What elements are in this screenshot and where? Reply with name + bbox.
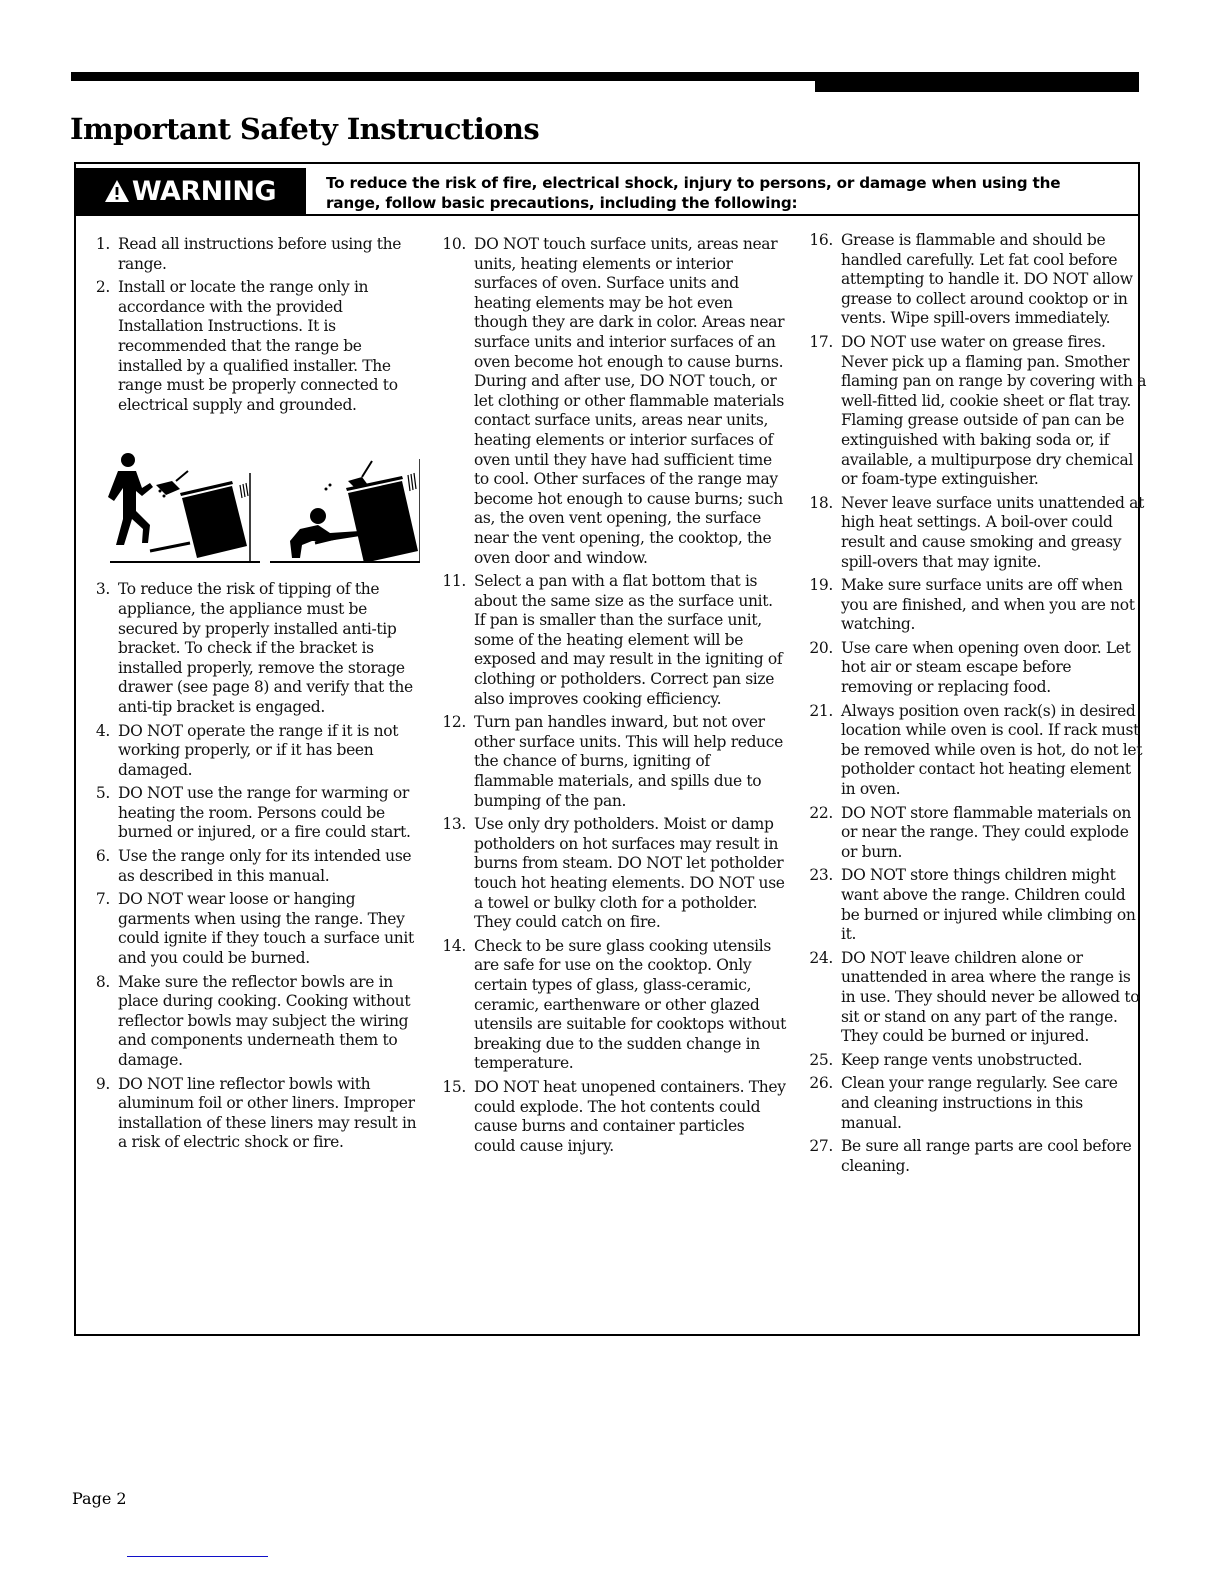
instruction-list-1b: 3.To reduce the risk of tipping of the a… <box>90 580 420 1153</box>
instruction-item: 5.DO NOT use the range for warming or he… <box>90 784 420 843</box>
instruction-number: 19. <box>807 576 841 635</box>
instruction-text: Use only dry potholders. Moist or damp p… <box>474 815 787 933</box>
instruction-text: Use care when opening oven door. Let hot… <box>841 639 1147 698</box>
instruction-number: 11. <box>442 572 474 709</box>
instruction-number: 18. <box>807 494 841 572</box>
instruction-text: DO NOT leave children alone or unattende… <box>841 949 1147 1047</box>
instruction-text: DO NOT use the range for warming or heat… <box>118 784 420 843</box>
instruction-item: 25.Keep range vents unobstructed. <box>807 1051 1147 1071</box>
instruction-text: Be sure all range parts are cool before … <box>841 1137 1147 1176</box>
instruction-item: 1.Read all instructions before using the… <box>90 235 420 274</box>
instruction-text: Make sure surface units are off when you… <box>841 576 1147 635</box>
instruction-number: 5. <box>90 784 118 843</box>
page-title: Important Safety Instructions <box>70 112 539 146</box>
warning-text: To reduce the risk of fire, electrical s… <box>326 173 1106 213</box>
instruction-item: 17.DO NOT use water on grease fires. Nev… <box>807 333 1147 490</box>
warning-header: WARNING To reduce the risk of fire, elec… <box>76 164 1138 216</box>
instruction-item: 16.Grease is flammable and should be han… <box>807 231 1147 329</box>
instruction-text: DO NOT store things children might want … <box>841 866 1147 944</box>
instruction-text: DO NOT touch surface units, areas near u… <box>474 235 787 568</box>
instruction-number: 7. <box>90 890 118 968</box>
instruction-text: Install or locate the range only in acco… <box>118 278 420 415</box>
instruction-item: 19.Make sure surface units are off when … <box>807 576 1147 635</box>
instruction-item: 26.Clean your range regularly. See care … <box>807 1074 1147 1133</box>
instruction-text: DO NOT heat unopened containers. They co… <box>474 1078 787 1156</box>
instruction-number: 15. <box>442 1078 474 1156</box>
instruction-text: Clean your range regularly. See care and… <box>841 1074 1147 1133</box>
instruction-number: 22. <box>807 804 841 863</box>
instruction-number: 24. <box>807 949 841 1047</box>
warning-label: WARNING <box>74 168 306 214</box>
warning-triangle-icon <box>104 179 130 203</box>
instruction-item: 22.DO NOT store flammable materials on o… <box>807 804 1147 863</box>
instruction-item: 24.DO NOT leave children alone or unatte… <box>807 949 1147 1047</box>
instruction-number: 8. <box>90 973 118 1071</box>
instruction-number: 20. <box>807 639 841 698</box>
instruction-item: 10.DO NOT touch surface units, areas nea… <box>442 235 787 568</box>
instruction-number: 4. <box>90 722 118 781</box>
instruction-item: 6.Use the range only for its intended us… <box>90 847 420 886</box>
instruction-item: 7.DO NOT wear loose or hanging garments … <box>90 890 420 968</box>
instruction-item: 13.Use only dry potholders. Moist or dam… <box>442 815 787 933</box>
warning-label-text: WARNING <box>132 176 276 207</box>
instruction-number: 13. <box>442 815 474 933</box>
instruction-text: DO NOT line reflector bowls with aluminu… <box>118 1075 420 1153</box>
instruction-number: 3. <box>90 580 118 717</box>
instruction-item: 11.Select a pan with a flat bottom that … <box>442 572 787 709</box>
instruction-text: Always position oven rack(s) in desired … <box>841 702 1147 800</box>
instruction-number: 23. <box>807 866 841 944</box>
instruction-text: Make sure the reflector bowls are in pla… <box>118 973 420 1071</box>
instruction-text: Never leave surface units unattended at … <box>841 494 1147 572</box>
instruction-item: 18.Never leave surface units unattended … <box>807 494 1147 572</box>
instruction-text: To reduce the risk of tipping of the app… <box>118 580 420 717</box>
instruction-item: 4.DO NOT operate the range if it is not … <box>90 722 420 781</box>
instruction-number: 9. <box>90 1075 118 1153</box>
instruction-item: 14.Check to be sure glass cooking utensi… <box>442 937 787 1074</box>
instruction-item: 21.Always position oven rack(s) in desir… <box>807 702 1147 800</box>
instruction-text: DO NOT use water on grease fires. Never … <box>841 333 1147 490</box>
column-2: 10.DO NOT touch surface units, areas nea… <box>442 235 787 1160</box>
instruction-item: 9.DO NOT line reflector bowls with alumi… <box>90 1075 420 1153</box>
tipping-range-illustration-icon <box>90 433 420 568</box>
instruction-text: Use the range only for its intended use … <box>118 847 420 886</box>
instruction-item: 8.Make sure the reflector bowls are in p… <box>90 973 420 1071</box>
top-rule-tab <box>815 72 1139 92</box>
instruction-number: 6. <box>90 847 118 886</box>
instruction-item: 27.Be sure all range parts are cool befo… <box>807 1137 1147 1176</box>
instruction-text: Select a pan with a flat bottom that is … <box>474 572 787 709</box>
instruction-item: 20.Use care when opening oven door. Let … <box>807 639 1147 698</box>
column-3: 16.Grease is flammable and should be han… <box>807 231 1147 1180</box>
instruction-number: 12. <box>442 713 474 811</box>
instruction-item: 12.Turn pan handles inward, but not over… <box>442 713 787 811</box>
instruction-number: 10. <box>442 235 474 568</box>
instruction-number: 21. <box>807 702 841 800</box>
instruction-number: 25. <box>807 1051 841 1071</box>
instruction-text: DO NOT store flammable materials on or n… <box>841 804 1147 863</box>
instruction-item: 2.Install or locate the range only in ac… <box>90 278 420 415</box>
instruction-number: 2. <box>90 278 118 415</box>
anti-tip-illustration <box>90 433 420 568</box>
instruction-text: Grease is flammable and should be handle… <box>841 231 1147 329</box>
instruction-number: 26. <box>807 1074 841 1133</box>
instruction-number: 1. <box>90 235 118 274</box>
instruction-text: Check to be sure glass cooking utensils … <box>474 937 787 1074</box>
column-1: 1.Read all instructions before using the… <box>90 235 420 1157</box>
page-number: Page 2 <box>72 1489 127 1508</box>
instruction-text: Keep range vents unobstructed. <box>841 1051 1147 1071</box>
instruction-number: 17. <box>807 333 841 490</box>
instruction-item: 23.DO NOT store things children might wa… <box>807 866 1147 944</box>
instruction-item: 3.To reduce the risk of tipping of the a… <box>90 580 420 717</box>
instruction-text: DO NOT operate the range if it is not wo… <box>118 722 420 781</box>
instruction-item: 15.DO NOT heat unopened containers. They… <box>442 1078 787 1156</box>
instruction-list-1a: 1.Read all instructions before using the… <box>90 235 420 415</box>
instruction-text: Turn pan handles inward, but not over ot… <box>474 713 787 811</box>
footer-link-underline[interactable] <box>127 1556 268 1557</box>
instruction-text: Read all instructions before using the r… <box>118 235 420 274</box>
instruction-text: DO NOT wear loose or hanging garments wh… <box>118 890 420 968</box>
instruction-number: 14. <box>442 937 474 1074</box>
instruction-number: 27. <box>807 1137 841 1176</box>
instruction-number: 16. <box>807 231 841 329</box>
